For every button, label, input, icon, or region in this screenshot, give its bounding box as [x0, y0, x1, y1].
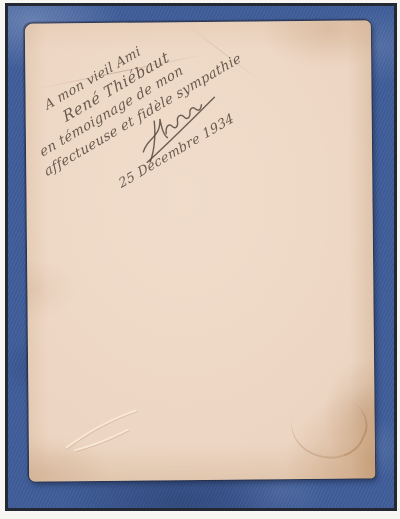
photo-scan: A mon vieil Ami René Thiébaut en témoign…	[0, 0, 400, 519]
embossed-stamp	[60, 405, 147, 460]
handwritten-inscription: A mon vieil Ami René Thiébaut en témoign…	[25, 20, 325, 222]
photo-card-back: A mon vieil Ami René Thiébaut en témoign…	[25, 20, 375, 481]
blue-mat: A mon vieil Ami René Thiébaut en témoign…	[5, 3, 397, 511]
stain-bottom-right	[282, 383, 375, 471]
scan-edge-marks	[256, 511, 386, 519]
